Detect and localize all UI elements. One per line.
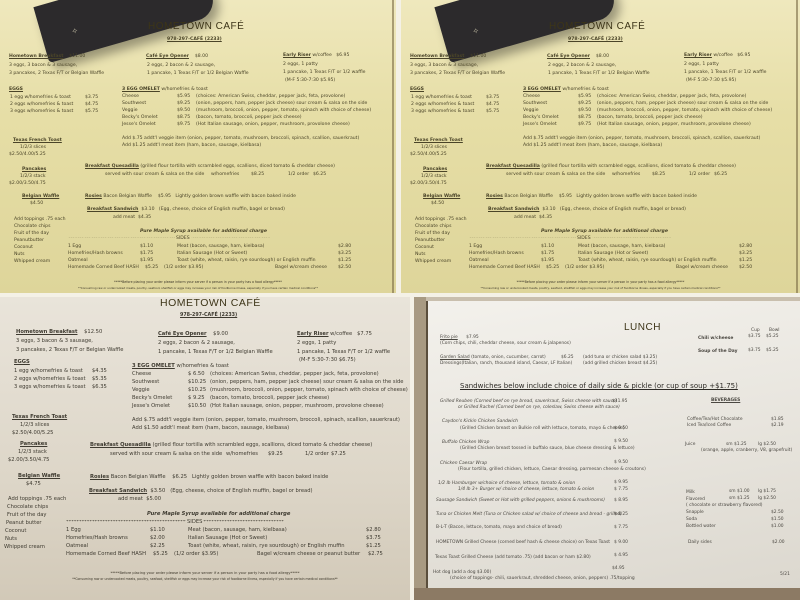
omelet-desc: (bacon, tomato, broccoli, pepper jack ch… xyxy=(597,116,703,121)
eye-opener-line1: 2 eggs, 2 bacon & 2 sausage, xyxy=(147,64,215,69)
sandwich-line1: Texas Toast Grilled Cheese (add tomato .… xyxy=(435,556,591,560)
breakfast-sandwich-price: $3.50 xyxy=(150,488,165,494)
topping-item: Peanutbutter xyxy=(415,239,445,244)
topping-item: Coconut xyxy=(415,246,434,251)
early-riser-line3: (M-F 5:30-7:30 $5.95) xyxy=(686,79,736,84)
early-riser-line2: 1 pancake, 1 Texas F/T or 1/2 waffle xyxy=(283,71,365,76)
side-name: Homefries/Hash browns xyxy=(66,536,128,541)
omelet-price: $5.95 xyxy=(177,95,190,100)
sandwich-line1: Buffalo Chicken Wrap xyxy=(442,441,489,445)
sandwich-line1: Grilled Reuben (Corned beef on rye bread… xyxy=(440,400,617,404)
side-name: 1 Egg xyxy=(66,528,81,533)
french-toast-line1: 1/2/3 slices xyxy=(20,146,46,151)
omelet-label: 3 EGG OMELET xyxy=(523,87,561,92)
early-riser-suffix: w/coffee xyxy=(713,53,732,58)
allergy-notice: *****Before placing your order please in… xyxy=(0,572,410,576)
omelet-desc: (bacon, tomato, broccoli, pepper jack ch… xyxy=(196,116,302,121)
omelet-price: $ 6.50 xyxy=(188,372,205,377)
garden-salad-desc: (tomato, onion, cucumber, carrot) xyxy=(471,355,546,360)
juice-lg-price: lg $2.50 xyxy=(758,443,776,447)
rosies-price: $5.95 xyxy=(559,194,572,199)
beverage-price: $1.00 xyxy=(771,525,784,529)
egg-price: $3.75 xyxy=(85,96,98,101)
quesadilla-desc: (grilled flour tortilla with scrambled e… xyxy=(541,164,736,169)
omelet-desc: (mushroom, broccoli, onion, pepper, toma… xyxy=(196,109,371,114)
hometown-breakfast-line2: 3 pancakes, 2 Texas F/T or Belgian Waffl… xyxy=(16,348,123,353)
pancakes-label: Pancakes xyxy=(20,442,47,447)
quesadilla-half-label: 1/2 order xyxy=(288,173,309,178)
rosies-label: Rosies xyxy=(90,474,109,480)
topping-item: Chocolate chips xyxy=(415,225,451,230)
eye-opener-line2: 1 pancake, 1 Texas F/T or 1/2 Belgian Wa… xyxy=(158,350,273,355)
omelet-suffix: w/homefries & toast xyxy=(176,363,228,369)
pancakes-line2: $2.00/3.50/4.75 xyxy=(410,182,447,187)
pancakes-label: Pancakes xyxy=(423,168,447,173)
add-meat-label: add meat xyxy=(514,215,536,220)
omelet-name: Southwest xyxy=(523,102,547,107)
sandwich-line2: (choice of toppings- chili, sauerkraut, … xyxy=(450,577,635,581)
garden-salad-price: $6.25 xyxy=(561,356,574,360)
omelet-desc: (Hot Italian sausage, onion, pepper, mus… xyxy=(196,123,350,128)
egg-name: 2 eggs w/homefries & toast xyxy=(10,103,73,108)
omelet-desc: (choices: American Swiss, cheddar, peppe… xyxy=(210,372,379,377)
syrup-note: Pure Maple Syrup available for additiona… xyxy=(140,230,267,235)
pancakes-line2: $2.00/3.50/4.75 xyxy=(8,458,49,463)
waffle-price: $4.50 xyxy=(30,202,43,207)
quesadilla-homefries-price: $8.25 xyxy=(652,173,665,178)
rosies-price: $5.95 xyxy=(158,194,171,199)
rosies-desc: Lightly golden brown waffle with bacon b… xyxy=(576,194,697,199)
side-name: Meat (bacon, sausage, ham, kielbasa) xyxy=(177,245,264,250)
side-name: Toast (white, wheat, raisin, rye sourdou… xyxy=(177,259,316,264)
side-price: $1.75 xyxy=(140,252,153,257)
sandwich-line1: Sausage Sandwich (Sweet or Hot with gril… xyxy=(436,499,605,503)
beverage-name: Iced Tea/Iced Coffee xyxy=(687,424,731,428)
side-name: Toast (white, wheat, raisin, rye sourdou… xyxy=(578,259,717,264)
pancakes-line1: 1/2/3 stack xyxy=(18,450,47,455)
toppings-label: Add toppings .75 each xyxy=(8,497,66,502)
omelet-name: Veggie xyxy=(132,388,150,393)
sandwich-line2: (Grilled Chicken breast on Bulkie roll w… xyxy=(460,427,625,431)
sandwich-header: Sandwiches below include choice of daily… xyxy=(460,383,738,390)
juice-sm-price: sm $1.25 xyxy=(726,443,747,447)
pancakes-label: Pancakes xyxy=(22,168,46,173)
french-toast-label: Texas French Toast xyxy=(12,415,67,420)
cup-label: Cup xyxy=(751,329,760,333)
side-price: $2.50 xyxy=(739,266,752,271)
french-toast-label: Texas French Toast xyxy=(13,139,62,144)
side-name: Oatmeal xyxy=(469,259,489,264)
side-name: Toast (white, wheat, raisin, rye sourdou… xyxy=(188,544,345,549)
addon-meat: Add $1.25 addt'l meat item (ham, bacon, … xyxy=(122,144,261,149)
breakfast-sandwich-price: $3.10 xyxy=(141,207,154,212)
side-price: $2.80 xyxy=(739,245,752,250)
add-meat-price: $4.35 xyxy=(539,215,552,220)
frito-pie-price: $7.95 xyxy=(466,335,479,340)
early-riser-label: Early Riser xyxy=(283,53,311,58)
side-price: $2.25 xyxy=(150,544,165,549)
garden-salad-add1: (add tuna or chicken salad $3.25) xyxy=(583,356,657,360)
addon-veggie: Add $.75 addt'l veggie item (onion, pepp… xyxy=(523,137,760,142)
early-riser-label: Early Riser xyxy=(297,331,329,337)
waffle-label: Belgian Waffle xyxy=(18,474,60,479)
side-name: 1 Egg xyxy=(68,245,81,250)
eye-opener-label: Café Eye Opener xyxy=(547,54,590,59)
french-toast-line1: 1/2/3 slices xyxy=(20,423,49,428)
toppings-label: Add toppings .75 each xyxy=(415,218,467,223)
sandwich-line2: (Grilled Chicken breast tossed in buffal… xyxy=(460,447,635,451)
side-price: $5.25 xyxy=(546,266,559,271)
omelet-price: $10.50 xyxy=(188,404,206,409)
waffle-label: Belgian Waffle xyxy=(22,195,59,200)
omelet-price: $8.75 xyxy=(177,116,190,121)
sides-label: SIDES xyxy=(576,237,592,242)
topping-item: Chocolate chips xyxy=(14,225,50,230)
eye-opener-label: Café Eye Opener xyxy=(158,331,207,337)
french-toast-line1: 1/2/3 slices xyxy=(421,146,447,151)
egg-price: $3.75 xyxy=(486,96,499,101)
breakfast-menu-photo-updated: HOMETOWN CAFÉ 978-297-CAFÉ (2233) Hometo… xyxy=(0,297,410,600)
side-name: Italian Sausage (Hot or Sweet) xyxy=(188,536,267,541)
omelet-desc: (mushroom, broccoli, onion, pepper, toma… xyxy=(210,388,408,393)
omelet-desc: (mushroom, broccoli, onion, pepper, toma… xyxy=(597,109,772,114)
hometown-breakfast-price: $12.50 xyxy=(84,329,102,335)
juice-name: Juice xyxy=(685,443,695,447)
quesadilla-half-price: $7.25 xyxy=(331,452,346,457)
eye-opener-line2: 1 pancake, 1 Texas F/T or 1/2 Belgian Wa… xyxy=(147,72,249,77)
omelet-price: $9.50 xyxy=(578,109,591,114)
garden-salad-label: Garden Salad xyxy=(440,355,470,360)
omelet-desc: (onion, peppers, ham, pepper jack cheese… xyxy=(210,380,404,385)
side-price: $1.95 xyxy=(140,259,153,264)
sides-label: SIDES xyxy=(175,237,191,242)
rosies-label: Rosies xyxy=(486,194,503,199)
eye-opener-line2: 1 pancake, 1 Texas F/T or 1/2 Belgian Wa… xyxy=(548,72,650,77)
eye-opener-price: $8.00 xyxy=(195,54,208,59)
quesadilla-half-label: 1/2 order xyxy=(689,173,710,178)
rosies-name: Bacon Belgian Waffle xyxy=(103,194,152,199)
egg-name: 3 eggs w/homefries & toast xyxy=(14,385,86,390)
topping-item: Fruit of the day xyxy=(7,513,47,518)
sandwich-line1: 1/2 lb Hamburger w/choice of cheese, let… xyxy=(438,482,575,486)
omelet-suffix: w/homefries & toast xyxy=(562,87,608,92)
omelet-name: Becky's Omelet xyxy=(132,396,172,401)
early-riser-suffix: w/coffee xyxy=(312,53,331,58)
topping-item: Whipped cream xyxy=(14,260,50,265)
pancakes-line2: $2.00/3.50/4.75 xyxy=(9,182,46,187)
daily-sides-price: $2.00 xyxy=(772,541,785,545)
sandwich-line1: Hot dog (add a dog $3.00) xyxy=(433,571,491,575)
side-extra: (1/2 order $3.95) xyxy=(565,266,604,271)
side-price: $5.25 xyxy=(145,266,158,271)
french-toast-line2: $2.50/4.00/5.25 xyxy=(410,153,447,158)
omelet-desc: (choices: American Swiss, cheddar, peppe… xyxy=(597,95,746,100)
french-toast-label: Texas French Toast xyxy=(414,139,463,144)
quesadilla-label: Breakfast Quesadilla xyxy=(90,442,151,448)
topping-item: Whipped cream xyxy=(4,545,45,550)
breakfast-sandwich-label: Breakfast Sandwich xyxy=(87,207,138,212)
side-name: Meat (bacon, sausage, ham, kielbasa) xyxy=(578,245,665,250)
hometown-breakfast-label: Hometown Breakfast xyxy=(410,54,464,59)
sides-divider: ****************************************… xyxy=(469,237,747,242)
lunch-menu-photo: LUNCH Frito pie $7.95 (Corn chips, chili… xyxy=(414,297,800,600)
sandwich-price: $ 4.95 xyxy=(614,554,628,558)
hometown-breakfast-price: $11.00 xyxy=(470,54,486,59)
menu-title: HOMETOWN CAFÉ xyxy=(549,22,645,32)
quesadilla-line2: served with sour cream & salsa on the si… xyxy=(110,452,222,457)
eye-opener-line1: 2 eggs, 2 bacon & 2 sausage, xyxy=(158,341,235,346)
sides-divider: ****************************************… xyxy=(68,237,346,242)
side-name: Italian Sausage (Hot or Sweet) xyxy=(578,252,648,257)
omelet-desc: (choices: American Swiss, cheddar, peppe… xyxy=(196,95,345,100)
side-price: $2.50 xyxy=(338,266,351,271)
sandwich-line1: Chicken Caesar Wrap xyxy=(440,462,487,466)
egg-price: $6.35 xyxy=(92,385,107,390)
beverage-name: Snapple xyxy=(686,511,704,515)
side-price: $3.25 xyxy=(739,252,752,257)
flavored-sm-price: sm $1.25 xyxy=(729,497,750,501)
rosies-desc: Lightly golden brown waffle with bacon b… xyxy=(175,194,296,199)
sandwich-price: $ 7.75 xyxy=(614,488,628,492)
sides-divider: ****************************************… xyxy=(66,520,382,525)
omelet-price: $10.25 xyxy=(188,388,206,393)
syrup-note: Pure Maple Syrup available for additiona… xyxy=(541,230,668,235)
breakfast-sandwich-price: $3.10 xyxy=(542,207,555,212)
sandwich-price: $ 9.50 xyxy=(614,440,628,444)
soup-cup-price: $3.75 xyxy=(748,349,761,353)
garden-salad-add2: (add grilled chicken breast $4.25) xyxy=(583,362,657,366)
topping-item: Peanutbutter xyxy=(14,239,44,244)
lunch-menu-sheet: LUNCH Frito pie $7.95 (Corn chips, chili… xyxy=(426,301,800,588)
rosies-price: $6.25 xyxy=(172,474,187,480)
addon-meat: Add $1.50 addt'l meat item (ham, bacon, … xyxy=(132,426,289,431)
hometown-breakfast-label: Hometown Breakfast xyxy=(16,329,77,335)
omelet-name: Veggie xyxy=(523,109,539,114)
sandwich-price: $ 9.50 xyxy=(614,461,628,465)
eggs-label: EGGS xyxy=(14,360,30,365)
topping-item: Coconut xyxy=(14,246,33,251)
eggs-item: 1 egg w/homefries & toast xyxy=(10,96,71,101)
topping-item: Fruit of the day xyxy=(415,232,450,237)
sandwich-line1: B-L-T (Bacon, lettuce, tomato, mayo and … xyxy=(436,526,562,530)
omelet-name: Cheese xyxy=(132,372,151,377)
omelet-price: $5.95 xyxy=(578,95,591,100)
omelet-price: $9.50 xyxy=(177,109,190,114)
quesadilla-half-label: 1/2 order xyxy=(305,452,329,457)
side-name: Homefries/Hash browns xyxy=(68,252,123,257)
breakfast-sandwich-desc: (Egg, cheese, choice of English muffin, … xyxy=(560,207,686,212)
soup-name: Chili w/cheese xyxy=(698,337,733,341)
eggs-label: EGGS xyxy=(410,88,424,93)
side-name: Italian Sausage (Hot or Sweet) xyxy=(177,252,247,257)
table-surface xyxy=(414,297,426,600)
omelet-desc: (onion, peppers, ham, pepper jack cheese… xyxy=(597,102,768,107)
side-price: $1.25 xyxy=(338,259,351,264)
side-price: $1.10 xyxy=(140,245,153,250)
add-meat-label: add meat xyxy=(113,215,135,220)
beverages-label: BEVERAGES xyxy=(711,399,740,403)
addon-veggie: Add $.75 addt'l veggie item (onion, pepp… xyxy=(122,137,359,142)
topping-item: Chocolate chips xyxy=(7,505,48,510)
soup-cup-price: $3.75 xyxy=(748,335,761,339)
omelet-price: $9.75 xyxy=(177,123,190,128)
egg-name: 2 eggs w/homefries & toast xyxy=(411,103,474,108)
quesadilla-homefries-price: $9.25 xyxy=(268,452,283,457)
sides-label: SIDES xyxy=(186,520,203,525)
omelet-desc: (onion, peppers, ham, pepper jack cheese… xyxy=(196,102,367,107)
omelet-price: $9.25 xyxy=(578,102,591,107)
sandwich-price: $ 9.95 xyxy=(614,481,628,485)
milk-name: Milk xyxy=(686,491,695,495)
hometown-breakfast-line1: 3 eggs, 3 bacon & 3 sausage, xyxy=(9,64,77,69)
hometown-breakfast-line2: 3 pancakes, 2 Texas F/T or Belgian Waffl… xyxy=(410,72,505,77)
side-price: $2.80 xyxy=(338,245,351,250)
omelet-name: Jesse's Omelet xyxy=(523,123,557,128)
quesadilla-desc: (grilled flour tortilla with scrambled e… xyxy=(140,164,335,169)
early-riser-line2: 1 pancake, 1 Texas F/T or 1/2 waffle xyxy=(297,350,390,355)
french-toast-line2: $2.50/4.00/5.25 xyxy=(9,153,46,158)
side-price: $3.25 xyxy=(338,252,351,257)
omelet-name: Cheese xyxy=(523,95,540,100)
topping-item: Coconut xyxy=(5,529,26,534)
egg-name: 3 eggs w/homefries & toast xyxy=(10,110,73,115)
side-price: $1.25 xyxy=(366,544,381,549)
side-name: Homefries/Hash browns xyxy=(469,252,524,257)
topping-item: Peanut butter xyxy=(6,521,42,526)
side-name: Bagel w/cream cheese xyxy=(275,266,327,271)
side-price: $2.75 xyxy=(368,552,383,557)
beverage-price: $2.50 xyxy=(771,511,784,515)
eye-opener-line1: 2 eggs, 2 bacon & 2 sausage, xyxy=(548,64,616,69)
menu-phone: 978-297-CAFÉ (2233) xyxy=(568,38,623,43)
addon-veggie: Add $.75 addt'l veggie item (onion, pepp… xyxy=(132,418,400,423)
toppings-label: Add toppings .75 each xyxy=(14,218,66,223)
early-riser-price: $6.95 xyxy=(336,53,349,58)
omelet-name: Jesse's Omelet xyxy=(122,123,156,128)
daily-sides-name: Daily sides xyxy=(688,541,712,545)
beverage-price: $1.50 xyxy=(771,518,784,522)
menu-edge xyxy=(392,0,394,293)
egg-name: 1 egg w/homefries & toast xyxy=(14,369,83,374)
sandwich-line1: Tuna or Chicken Melt (Tuna or Chicken sa… xyxy=(436,513,622,517)
rosies-label: Rosies xyxy=(85,194,102,199)
quesadilla-label: Breakfast Quesadilla xyxy=(486,164,540,169)
eye-opener-price: $9.00 xyxy=(213,331,228,337)
syrup-note: Pure Maple Syrup available for additiona… xyxy=(147,512,290,517)
menu-phone: 978-297-CAFÉ (2233) xyxy=(180,314,237,319)
side-extra: (1/2 order $3.95) xyxy=(174,552,218,557)
early-riser-line1: 2 eggs, 1 patty xyxy=(684,63,719,68)
quesadilla-homefries-label: w/homefries xyxy=(226,452,258,457)
milk-lg-price: lg $1.75 xyxy=(758,490,776,494)
waffle-price: $4.75 xyxy=(26,482,41,487)
egg-price: $4.75 xyxy=(486,103,499,108)
side-price: $2.80 xyxy=(366,528,381,533)
raw-food-notice: **Consuming raw or undercooked meats, po… xyxy=(401,287,800,290)
omelet-desc: (bacon, tomato, broccoli, pepper jack ch… xyxy=(210,396,329,401)
omelet-name: Becky's Omelet xyxy=(523,116,559,121)
menu-phone: 978-297-CAFÉ (2233) xyxy=(167,38,222,43)
side-name: Homemade Corned Beef HASH xyxy=(469,266,540,271)
side-price: $3.75 xyxy=(366,536,381,541)
side-extra: (1/2 order $3.95) xyxy=(164,266,203,271)
rosies-desc: Lightly golden brown waffle with bacon b… xyxy=(192,474,328,480)
side-name: 1 Egg xyxy=(469,245,482,250)
sandwich-price: $4.95 xyxy=(612,567,625,571)
flavored-note: ( chocolate or strawberry flavored) xyxy=(686,504,762,508)
sandwich-price: $ 9.50 xyxy=(614,427,628,431)
beverage-name: Coffee/Tea/Hot Chocolate xyxy=(687,418,743,422)
side-price: $2.00 xyxy=(150,536,165,541)
egg-name: 1 egg w/homefries & toast xyxy=(10,95,71,100)
side-price: $1.10 xyxy=(150,528,165,533)
side-price: $1.10 xyxy=(541,245,554,250)
quesadilla-half-price: $6.25 xyxy=(313,173,326,178)
side-price: $5.25 xyxy=(153,552,168,557)
side-name: Oatmeal xyxy=(66,544,88,549)
early-riser-suffix: w/coffee xyxy=(330,331,352,337)
add-meat-price: $5.00 xyxy=(146,496,161,502)
side-name: Meat (bacon, sausage, ham, kielbasa) xyxy=(188,528,287,533)
hometown-breakfast-line1: 3 eggs, 3 bacon & 3 sausage, xyxy=(16,339,93,344)
rosies-name: Bacon Belgian Waffle xyxy=(111,474,166,480)
flavored-name: Flavored xyxy=(686,498,705,502)
sandwich-price: $11.95 xyxy=(612,400,627,404)
eye-opener-label: Café Eye Opener xyxy=(146,54,189,59)
milk-sm-price: sm $1.00 xyxy=(729,490,750,494)
beverage-name: Soda xyxy=(686,518,697,522)
pancakes-line1: 1/2/3 stack xyxy=(421,175,447,180)
quesadilla-desc: (grilled flour tortilla with scrambled e… xyxy=(153,442,373,448)
side-price: $1.25 xyxy=(739,259,752,264)
sandwich-price: $ 9.00 xyxy=(614,541,628,545)
waffle-label: Belgian Waffle xyxy=(423,195,460,200)
allergy-notice: *****Before placing your order please in… xyxy=(0,281,396,284)
quesadilla-line2: served with sour cream & salsa on the si… xyxy=(105,173,204,178)
raw-food-notice: **Consuming raw or undercooked meats, po… xyxy=(0,287,396,290)
addon-meat: Add $1.25 addt'l meat item (ham, bacon, … xyxy=(523,144,662,149)
eye-opener-price: $8.00 xyxy=(596,54,609,59)
topping-item: Fruit of the day xyxy=(14,232,49,237)
topping-item: Nuts xyxy=(5,537,17,542)
side-price: $1.95 xyxy=(541,259,554,264)
side-name: Oatmeal xyxy=(68,259,88,264)
egg-name: 3 eggs w/homefries & toast xyxy=(411,110,474,115)
early-riser-line2: 1 pancake, 1 Texas F/T or 1/2 waffle xyxy=(684,71,766,76)
early-riser-label: Early Riser xyxy=(684,53,712,58)
sandwich-line2: (Flour tortilla, grilled chicken, lettuc… xyxy=(458,468,646,472)
table-edge xyxy=(414,588,800,600)
eggs-label: EGGS xyxy=(9,88,23,93)
french-toast-line2: $2.50/4.00/5.25 xyxy=(12,431,53,436)
rosies-name: Bacon Belgian Waffle xyxy=(504,194,553,199)
sandwich-line1: Caydon's Kickin Chicken Sandwich xyxy=(442,420,518,424)
lunch-title: LUNCH xyxy=(624,323,661,333)
early-riser-price: $6.95 xyxy=(737,53,750,58)
egg-price: $5.75 xyxy=(486,110,499,115)
omelet-name: Veggie xyxy=(122,109,138,114)
sandwich-price: $ 8.95 xyxy=(614,499,628,503)
beverage-price: $2.19 xyxy=(771,424,784,428)
bowl-label: Bowl xyxy=(769,329,780,333)
early-riser-price: $7.75 xyxy=(357,331,372,337)
egg-price: $4.75 xyxy=(85,103,98,108)
quesadilla-label: Breakfast Quesadilla xyxy=(85,164,139,169)
omelet-price: $8.75 xyxy=(578,116,591,121)
menu-title: HOMETOWN CAFÉ xyxy=(148,22,244,32)
early-riser-line3: (M-F 5:30-7:30 $6.75) xyxy=(299,358,356,363)
juice-note: (orange, apple, cranberry, V8, grapefrui… xyxy=(701,449,792,453)
